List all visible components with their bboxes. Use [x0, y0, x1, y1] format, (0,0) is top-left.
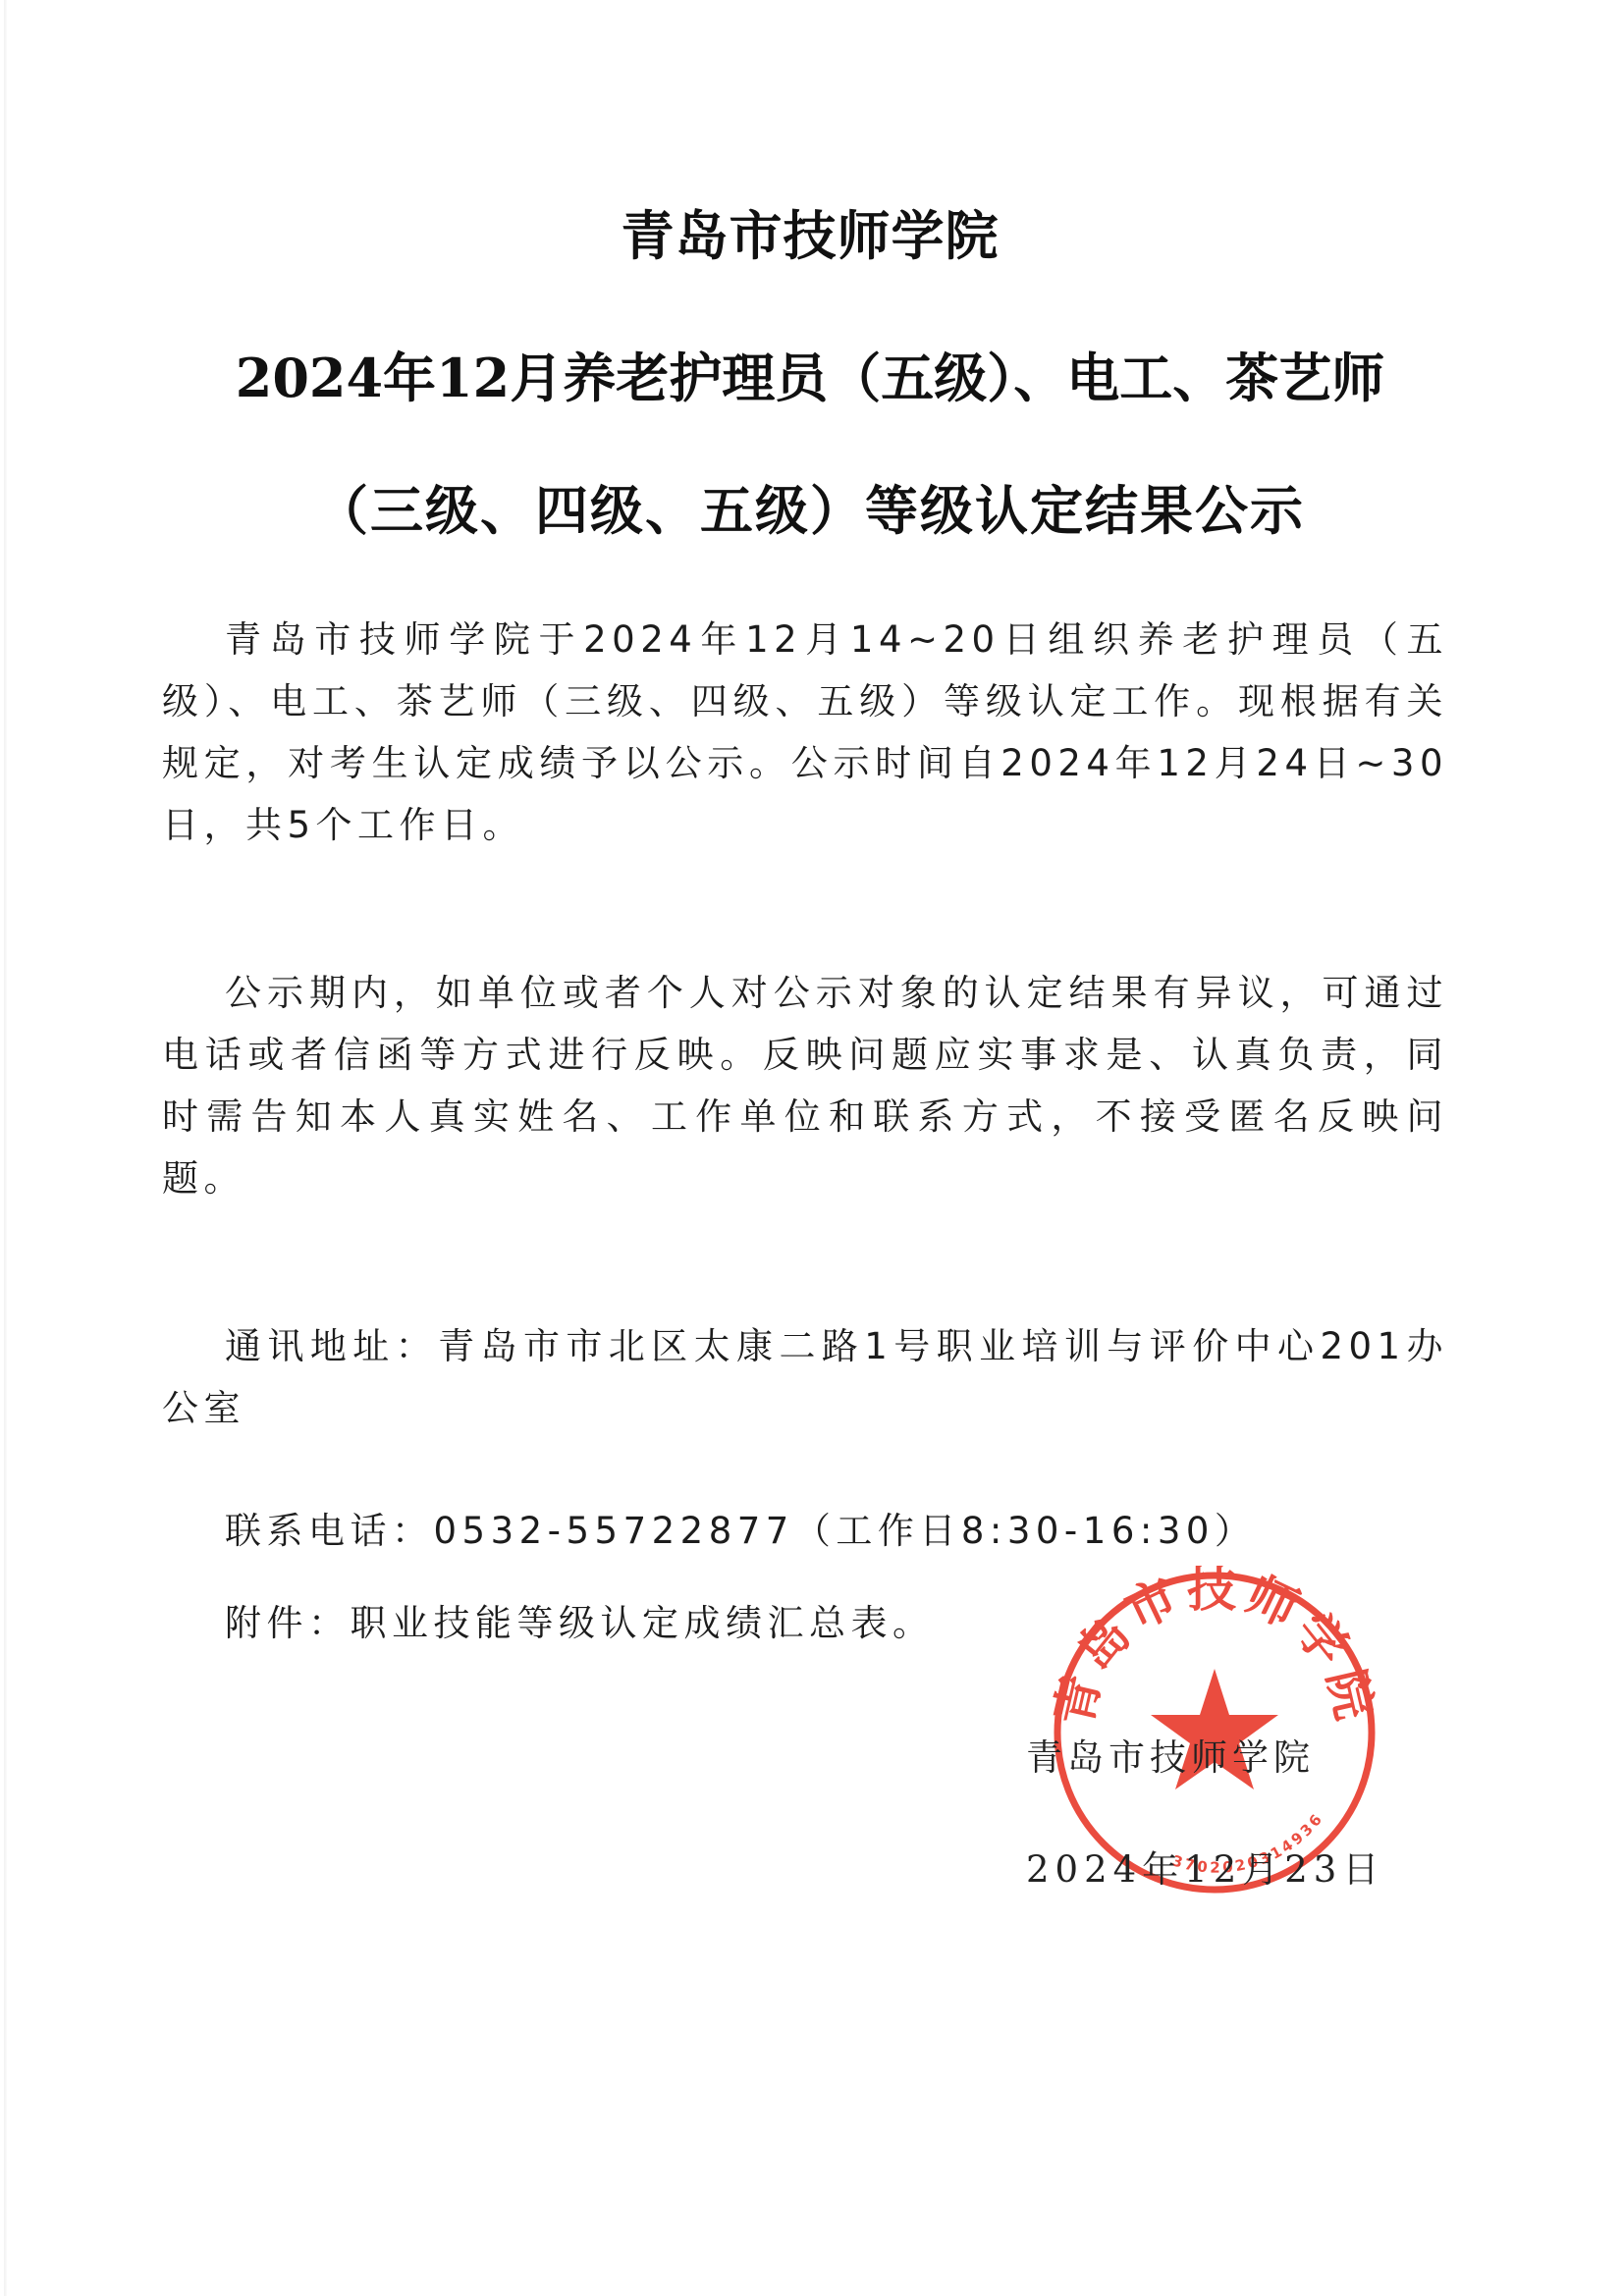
contact-address: 通讯地址：青岛市市北区太康二路1号职业培训与评价中心201办公室 [162, 1315, 1448, 1439]
document-page: 青岛市技师学院 2024年12月养老护理员（五级）、电工、茶艺师 （三级、四级、… [0, 0, 1622, 2296]
paragraph-exam-notice: 青岛市技师学院于2024年12月14~20日组织养老护理员（五级）、电工、茶艺师… [162, 609, 1448, 856]
contact-phone: 联系电话：0532-55722877（工作日8:30-16:30） [162, 1500, 1448, 1562]
signature-date: 2024年12月23日 [1026, 1840, 1384, 1893]
phone-value: 0532-55722877（工作日8:30-16:30） [434, 1510, 1257, 1552]
attachment-label: 附件： [225, 1602, 351, 1644]
title-institution: 青岛市技师学院 [162, 194, 1458, 270]
title-line-3: （三级、四级、五级）等级认定结果公示 [162, 469, 1458, 545]
address-label: 通讯地址： [225, 1325, 438, 1367]
attachment-value: 职业技能等级认定成绩汇总表。 [351, 1602, 935, 1644]
scan-edge-shadow [4, 0, 7, 2296]
phone-label: 联系电话： [225, 1510, 434, 1552]
paragraph-objection-notice: 公示期内，如单位或者个人对公示对象的认定结果有异议，可通过电话或者信函等方式进行… [162, 962, 1448, 1209]
title-line-2: 2024年12月养老护理员（五级）、电工、茶艺师 [162, 337, 1458, 412]
signature-organization: 青岛市技师学院 [1026, 1728, 1315, 1781]
